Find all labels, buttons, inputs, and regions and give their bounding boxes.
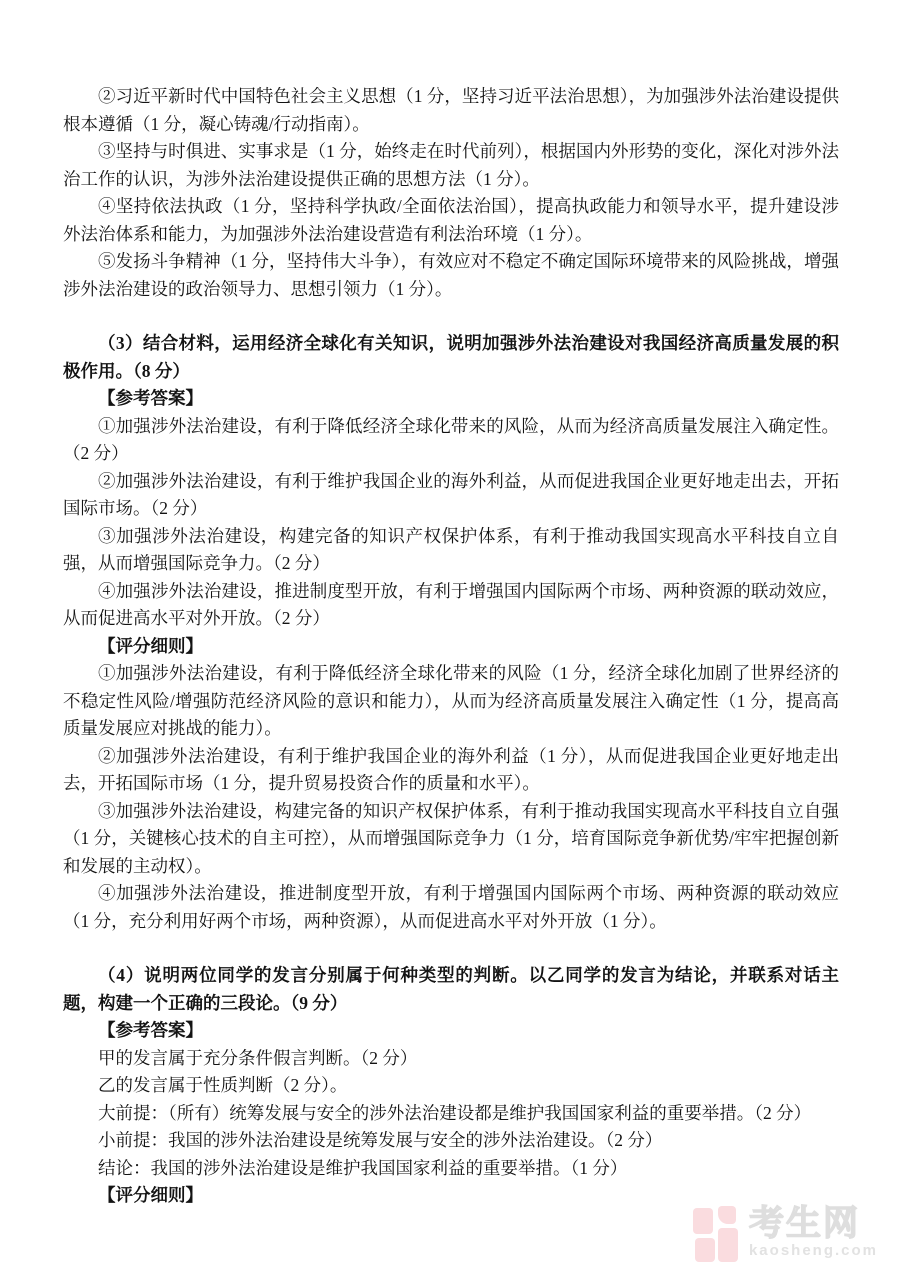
q3-rubric-item-3: ③加强涉外法治建设，构建完备的知识产权保护体系，有利于推动我国实现高水平科技自立…: [63, 798, 839, 881]
logo-block-bottom-right: [718, 1228, 738, 1262]
q4-answer-yi: 乙的发言属于性质判断（2 分）。: [63, 1072, 839, 1100]
rubric-item-3: ③坚持与时俱进、实事求是（1 分，始终走在时代前列），根据国内外形势的变化，深化…: [63, 138, 839, 193]
rubric-item-4: ④坚持依法执政（1 分，坚持科学执政/全面依法治国），提高执政能力和领导水平，提…: [63, 193, 839, 248]
q4-reference-answer-label: 【参考答案】: [63, 1017, 839, 1045]
q3-answer-item-4: ④加强涉外法治建设，推进制度型开放，有利于增强国内国际两个市场、两种资源的联动效…: [63, 578, 839, 633]
q4-answer-conclusion: 结论：我国的涉外法治建设是维护我国国家利益的重要举措。（1 分）: [63, 1155, 839, 1183]
question-4-heading: （4）说明两位同学的发言分别属于何种类型的判断。以乙同学的发言为结论，并联系对话…: [63, 962, 839, 1017]
logo-block-top-left: [693, 1208, 713, 1234]
watermark-site-url: kaosheng.com: [749, 1243, 878, 1259]
logo-block-top-right: [718, 1206, 736, 1224]
q4-answer-major-premise: 大前提：（所有）统筹发展与安全的涉外法治建设都是维护我国国家利益的重要举措。（2…: [63, 1100, 839, 1128]
question-3-heading: （3）结合材料，运用经济全球化有关知识，说明加强涉外法治建设对我国经济高质量发展…: [63, 330, 839, 385]
q3-rubric-item-1: ①加强涉外法治建设，有利于降低经济全球化带来的风险（1 分，经济全球化加剧了世界…: [63, 660, 839, 743]
q3-scoring-rubric-label: 【评分细则】: [63, 633, 839, 661]
rubric-item-5: ⑤发扬斗争精神（1 分，坚持伟大斗争），有效应对不稳定不确定国际环境带来的风险挑…: [63, 248, 839, 303]
logo-block-bottom-left: [695, 1238, 715, 1262]
q3-reference-answer-label: 【参考答案】: [63, 385, 839, 413]
q4-answer-jia: 甲的发言属于充分条件假言判断。（2 分）: [63, 1045, 839, 1073]
q3-answer-item-2: ②加强涉外法治建设，有利于维护我国企业的海外利益，从而促进我国企业更好地走出去，…: [63, 468, 839, 523]
q3-rubric-item-2: ②加强涉外法治建设，有利于维护我国企业的海外利益（1 分），从而促进我国企业更好…: [63, 743, 839, 798]
kaosheng-logo-icon: [693, 1206, 739, 1258]
rubric-item-2: ②习近平新时代中国特色社会主义思想（1 分，坚持习近平法治思想），为加强涉外法治…: [63, 83, 839, 138]
watermark-site-name: 考生网: [749, 1206, 860, 1242]
answer-key-document: ②习近平新时代中国特色社会主义思想（1 分，坚持习近平法治思想），为加强涉外法治…: [63, 83, 839, 1210]
q3-rubric-item-4: ④加强涉外法治建设，推进制度型开放，有利于增强国内国际两个市场、两种资源的联动效…: [63, 880, 839, 935]
q3-answer-item-1: ①加强涉外法治建设，有利于降低经济全球化带来的风险，从而为经济高质量发展注入确定…: [63, 413, 839, 468]
kaosheng-watermark: 考生网 kaosheng.com: [693, 1206, 878, 1259]
q3-answer-item-3: ③加强涉外法治建设，构建完备的知识产权保护体系，有利于推动我国实现高水平科技自立…: [63, 523, 839, 578]
watermark-text: 考生网 kaosheng.com: [749, 1206, 878, 1259]
q4-answer-minor-premise: 小前提：我国的涉外法治建设是统筹发展与安全的涉外法治建设。（2 分）: [63, 1127, 839, 1155]
